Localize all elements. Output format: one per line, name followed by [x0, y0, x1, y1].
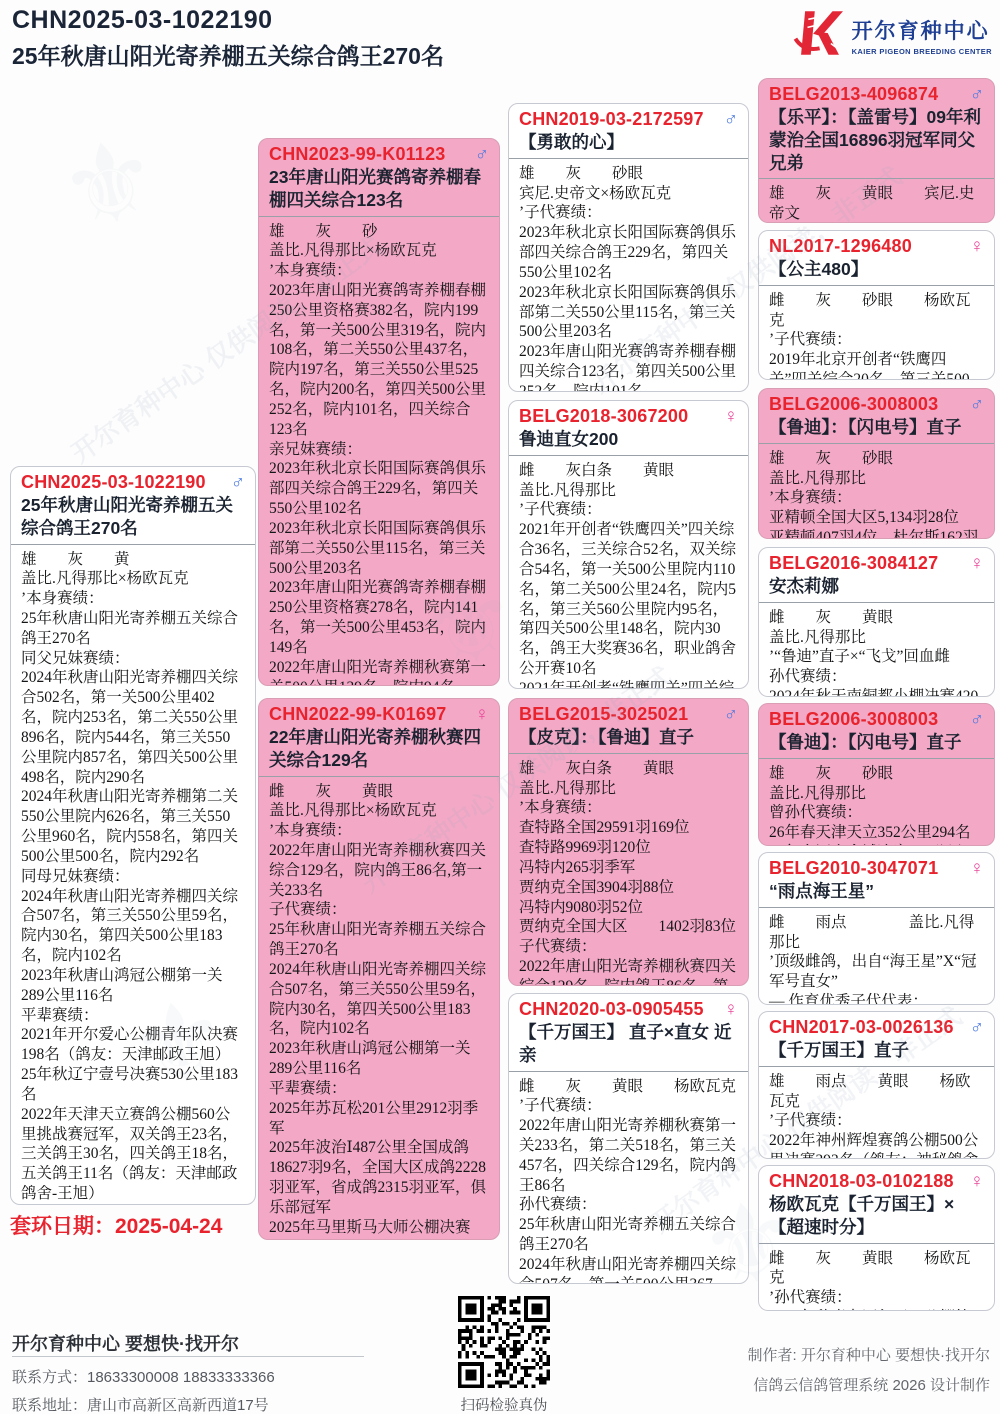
pigeon-record: 雄 灰 黄眼 宾尼.史帝文 ’本身赛绩： 波治省赛3316羽亚军 盖雷全国197… [759, 179, 994, 223]
pigeon-record: 雌 灰 黄眼 杨欧瓦克 ’孙代赛绩： 2024年秋青岛同仁天工公棚第一关283公… [759, 1244, 994, 1312]
male-icon: ♂ [970, 1018, 984, 1037]
pigeon-record: 雄 灰白条 黄眼 盖比.凡得那比 ’本身赛绩： 查特路全国29591羽169位 … [509, 754, 748, 986]
brand-name-cn: 开尔育种中心 [852, 15, 992, 45]
pigeon-name: 【千万国王】 直子×直女 近亲 [519, 1021, 738, 1067]
pigeon-name: 安杰莉娜 [769, 575, 984, 598]
footer-maker-line1: 制作者: 开尔育种中心 要想快·找开尔 [748, 1344, 991, 1365]
pedigree-box-ggm-4: CHN2018-03-0102188 ♀ 杨欧瓦克【千万国王】×【超速时分】 雌… [758, 1165, 995, 1311]
ring-number: CHN2018-03-0102188 [769, 1171, 954, 1192]
ring-number: NL2017-1296480 [769, 236, 912, 257]
pedigree-box-ggm-3: BELG2010-3047071 ♀ “雨点海王星” 雌 雨点 盖比.凡得那比 … [758, 852, 995, 1005]
ring-number: BELG2006-3008003 [769, 394, 938, 415]
pedigree-box-grandfather-paternal: CHN2019-03-2172597 ♂ 【勇敢的心】 雄 灰 砂眼 宾尼.史帝… [508, 103, 749, 392]
ring-number: BELG2016-3084127 [769, 553, 938, 574]
pigeon-name: 【公主480】 [769, 258, 984, 281]
male-icon: ♂ [724, 110, 738, 129]
watermark-fleur-icon: ⚜ [48, 111, 171, 257]
brand-logo: 开尔育种中心 KAIER PIGEON BREEDING CENTER [792, 8, 992, 63]
pedigree-certificate: CHN2025-03-1022190 25年秋唐山阳光寄养棚五关综合鸽王270名… [0, 0, 1000, 1414]
pedigree-box-ggm-1: NL2017-1296480 ♀ 【公主480】 雌 灰 砂眼 杨欧瓦克 ’子代… [758, 230, 995, 380]
ring-number: CHN2020-03-0905455 [519, 999, 704, 1020]
ring-number: CHN2023-99-K01123 [269, 144, 446, 165]
ring-date: 套环日期：2025-04-24 [10, 1210, 222, 1240]
kaier-k-logo-icon [792, 8, 844, 63]
pigeon-name: 【鲁迪】：【闪电号】直子 [769, 731, 984, 754]
female-icon: ♀ [970, 554, 984, 573]
pigeon-record: 雌 灰 砂眼 杨欧瓦克 ’子代赛绩： 2019年北京开创者“铁鹰四关”四关综合2… [759, 286, 994, 380]
qr-code [458, 1296, 550, 1388]
pedigree-box-grandmother-paternal: BELG2018-3067200 ♀ 鲁迪直女200 雌 灰白条 黄眼 盖比.凡… [508, 400, 749, 689]
pigeon-record: 雌 雨点 盖比.凡得那比 ’顶级雌鸽，出自“海王星”X“冠军号直女” — 作育优… [759, 908, 994, 1005]
page-title: 25年秋唐山阳光寄养棚五关综合鸽王270名 [12, 38, 444, 71]
pedigree-box-father: CHN2023-99-K01123 ♂ 23年唐山阳光赛鸽寄养棚春棚四关综合12… [258, 138, 500, 686]
pedigree-box-ggf-3: BELG2006-3008003 ♂ 【鲁迪】：【闪电号】直子 雄 灰 砂眼 盖… [758, 703, 995, 846]
page-ring-id: CHN2025-03-1022190 [12, 6, 273, 35]
footer-contact: 联系方式：18633300008 18833333366 [12, 1366, 275, 1387]
pigeon-record: 雌 灰白条 黄眼 盖比.凡得那比 ’子代赛绩： 2021年开创者“铁鹰四关”四关… [509, 456, 748, 689]
pigeon-name: 杨欧瓦克【千万国王】×【超速时分】 [769, 1193, 984, 1239]
ring-number: BELG2006-3008003 [769, 709, 938, 730]
ring-number: CHN2019-03-2172597 [519, 109, 704, 130]
pedigree-box-ggf-1: BELG2013-4096874 ♂ 【乐平】：【盖雷号】09年利蒙治全国168… [758, 78, 995, 223]
female-icon: ♀ [970, 237, 984, 256]
male-icon: ♂ [970, 395, 984, 414]
female-icon: ♀ [970, 859, 984, 878]
pedigree-box-ggm-2: BELG2016-3084127 ♀ 安杰莉娜 雌 灰 黄眼 盖比.凡得那比 ’… [758, 547, 995, 697]
footer-divider [12, 1356, 364, 1357]
pedigree-box-grandfather-maternal: BELG2015-3025021 ♂ 【皮克】：【鲁迪】直子 雄 灰白条 黄眼 … [508, 698, 749, 986]
ring-number: BELG2018-3067200 [519, 406, 688, 427]
male-icon: ♂ [231, 473, 245, 492]
pigeon-name: 【鲁迪】：【闪电号】直子 [769, 416, 984, 439]
pigeon-name: 【乐平】：【盖雷号】09年利蒙治全国16896羽冠军同父兄弟 [769, 106, 984, 174]
pigeon-record: 雄 灰 砂眼 盖比.凡得那比 ’本身赛绩： 亚精顿全国大区5,134羽28位 亚… [759, 444, 994, 539]
pigeon-record: 雌 灰 黄眼 盖比.凡得那比 ’“鲁迪”直子×“飞戈”回血雌 孙代赛绩： 202… [759, 603, 994, 697]
pigeon-name: “雨点海王星” [769, 880, 984, 903]
ring-number: CHN2017-03-0026136 [769, 1017, 954, 1038]
pedigree-box-grandmother-maternal: CHN2020-03-0905455 ♀ 【千万国王】 直子×直女 近亲 雌 灰… [508, 993, 749, 1284]
pigeon-record: 雄 灰 砂眼 宾尼.史帝文×杨欧瓦克 ’子代赛绩： 2023年秋北京长阳国际赛鸽… [509, 159, 748, 392]
pigeon-record: 雌 灰 黄眼 杨欧瓦克 ’子代赛绩： 2022年唐山阳光寄养棚秋赛第一关233名… [509, 1072, 748, 1285]
pigeon-name: 22年唐山阳光寄养棚秋赛四关综合129名 [269, 726, 489, 772]
female-icon: ♀ [724, 407, 738, 426]
footer-maker-line2: 信鸽云信鸽管理系统 2026 设计制作 [753, 1374, 990, 1395]
ring-number: CHN2025-03-1022190 [21, 472, 206, 493]
footer-brand-line: 开尔育种中心 要想快·找开尔 [12, 1330, 239, 1356]
pigeon-name: 鲁迪直女200 [519, 428, 738, 451]
female-icon: ♀ [475, 705, 489, 724]
pigeon-record: 雄 雨点 黄眼 杨欧瓦克 ’子代赛绩： 2022年神州辉煌赛鸽公棚500公里决赛… [759, 1067, 994, 1159]
pigeon-record: 雄 灰 砂 盖比.凡得那比×杨欧瓦克 ’本身赛绩： 2023年唐山阳光赛鸽寄养棚… [259, 217, 499, 687]
ring-number: BELG2010-3047071 [769, 858, 938, 879]
pigeon-name: 【千万国王】直子 [769, 1039, 984, 1062]
footer-address: 联系地址：唐山市高新区高新西道17号 [12, 1394, 269, 1414]
qr-caption: 扫码检验真伪 [458, 1394, 550, 1414]
female-icon: ♀ [724, 1000, 738, 1019]
pigeon-name: 23年唐山阳光赛鸽寄养棚春棚四关综合123名 [269, 166, 489, 212]
pigeon-name: 【勇敢的心】 [519, 131, 738, 154]
male-icon: ♂ [970, 710, 984, 729]
pigeon-name: 25年秋唐山阳光寄养棚五关综合鸽王270名 [21, 494, 245, 540]
ring-number: BELG2015-3025021 [519, 704, 688, 725]
male-icon: ♂ [970, 85, 984, 104]
ring-number: BELG2013-4096874 [769, 84, 938, 105]
pedigree-box-mother: CHN2022-99-K01697 ♀ 22年唐山阳光寄养棚秋赛四关综合129名… [258, 698, 500, 1240]
female-icon: ♀ [970, 1172, 984, 1191]
pedigree-box-subject: CHN2025-03-1022190 ♂ 25年秋唐山阳光寄养棚五关综合鸽王27… [10, 466, 256, 1205]
ring-number: CHN2022-99-K01697 [269, 704, 447, 725]
pedigree-box-ggf-4: CHN2017-03-0026136 ♂ 【千万国王】直子 雄 雨点 黄眼 杨欧… [758, 1011, 995, 1159]
pigeon-record: 雄 灰 黄 盖比.凡得那比×杨欧瓦克 ’本身赛绩： 25年秋唐山阳光寄养棚五关综… [11, 545, 255, 1206]
pedigree-box-ggf-2: BELG2006-3008003 ♂ 【鲁迪】：【闪电号】直子 雄 灰 砂眼 盖… [758, 388, 995, 539]
male-icon: ♂ [724, 705, 738, 724]
brand-name-en: KAIER PIGEON BREEDING CENTER [852, 47, 992, 56]
pigeon-name: 【皮克】：【鲁迪】直子 [519, 726, 738, 749]
pigeon-record: 雄 灰 砂眼 盖比.凡得那比 曾孙代赛绩： 26年春天津天立352公里294名 … [759, 759, 994, 846]
male-icon: ♂ [475, 145, 489, 164]
pigeon-record: 雌 灰 黄眼 盖比.凡得那比×杨欧瓦克 ’本身赛绩： 2022年唐山阳光寄养棚秋… [259, 777, 499, 1241]
